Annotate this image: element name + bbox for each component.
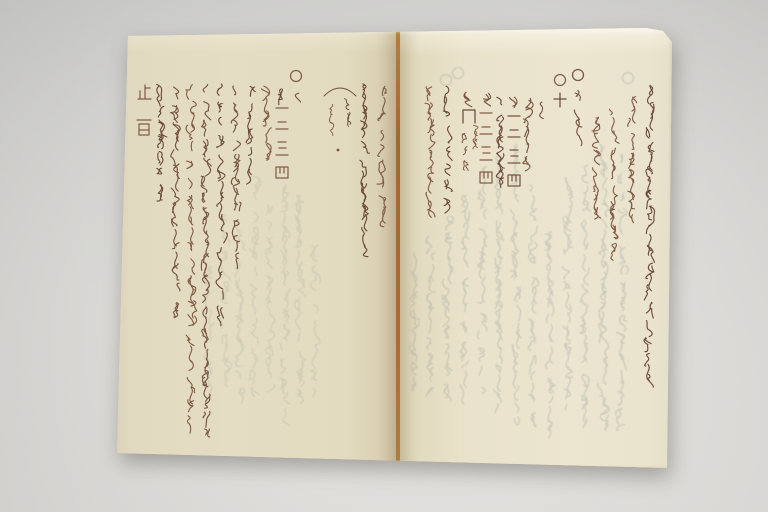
photo-backdrop bbox=[0, 0, 768, 512]
book-pages bbox=[110, 26, 675, 472]
handwriting-layer bbox=[110, 26, 675, 472]
manuscript-book bbox=[110, 26, 675, 472]
